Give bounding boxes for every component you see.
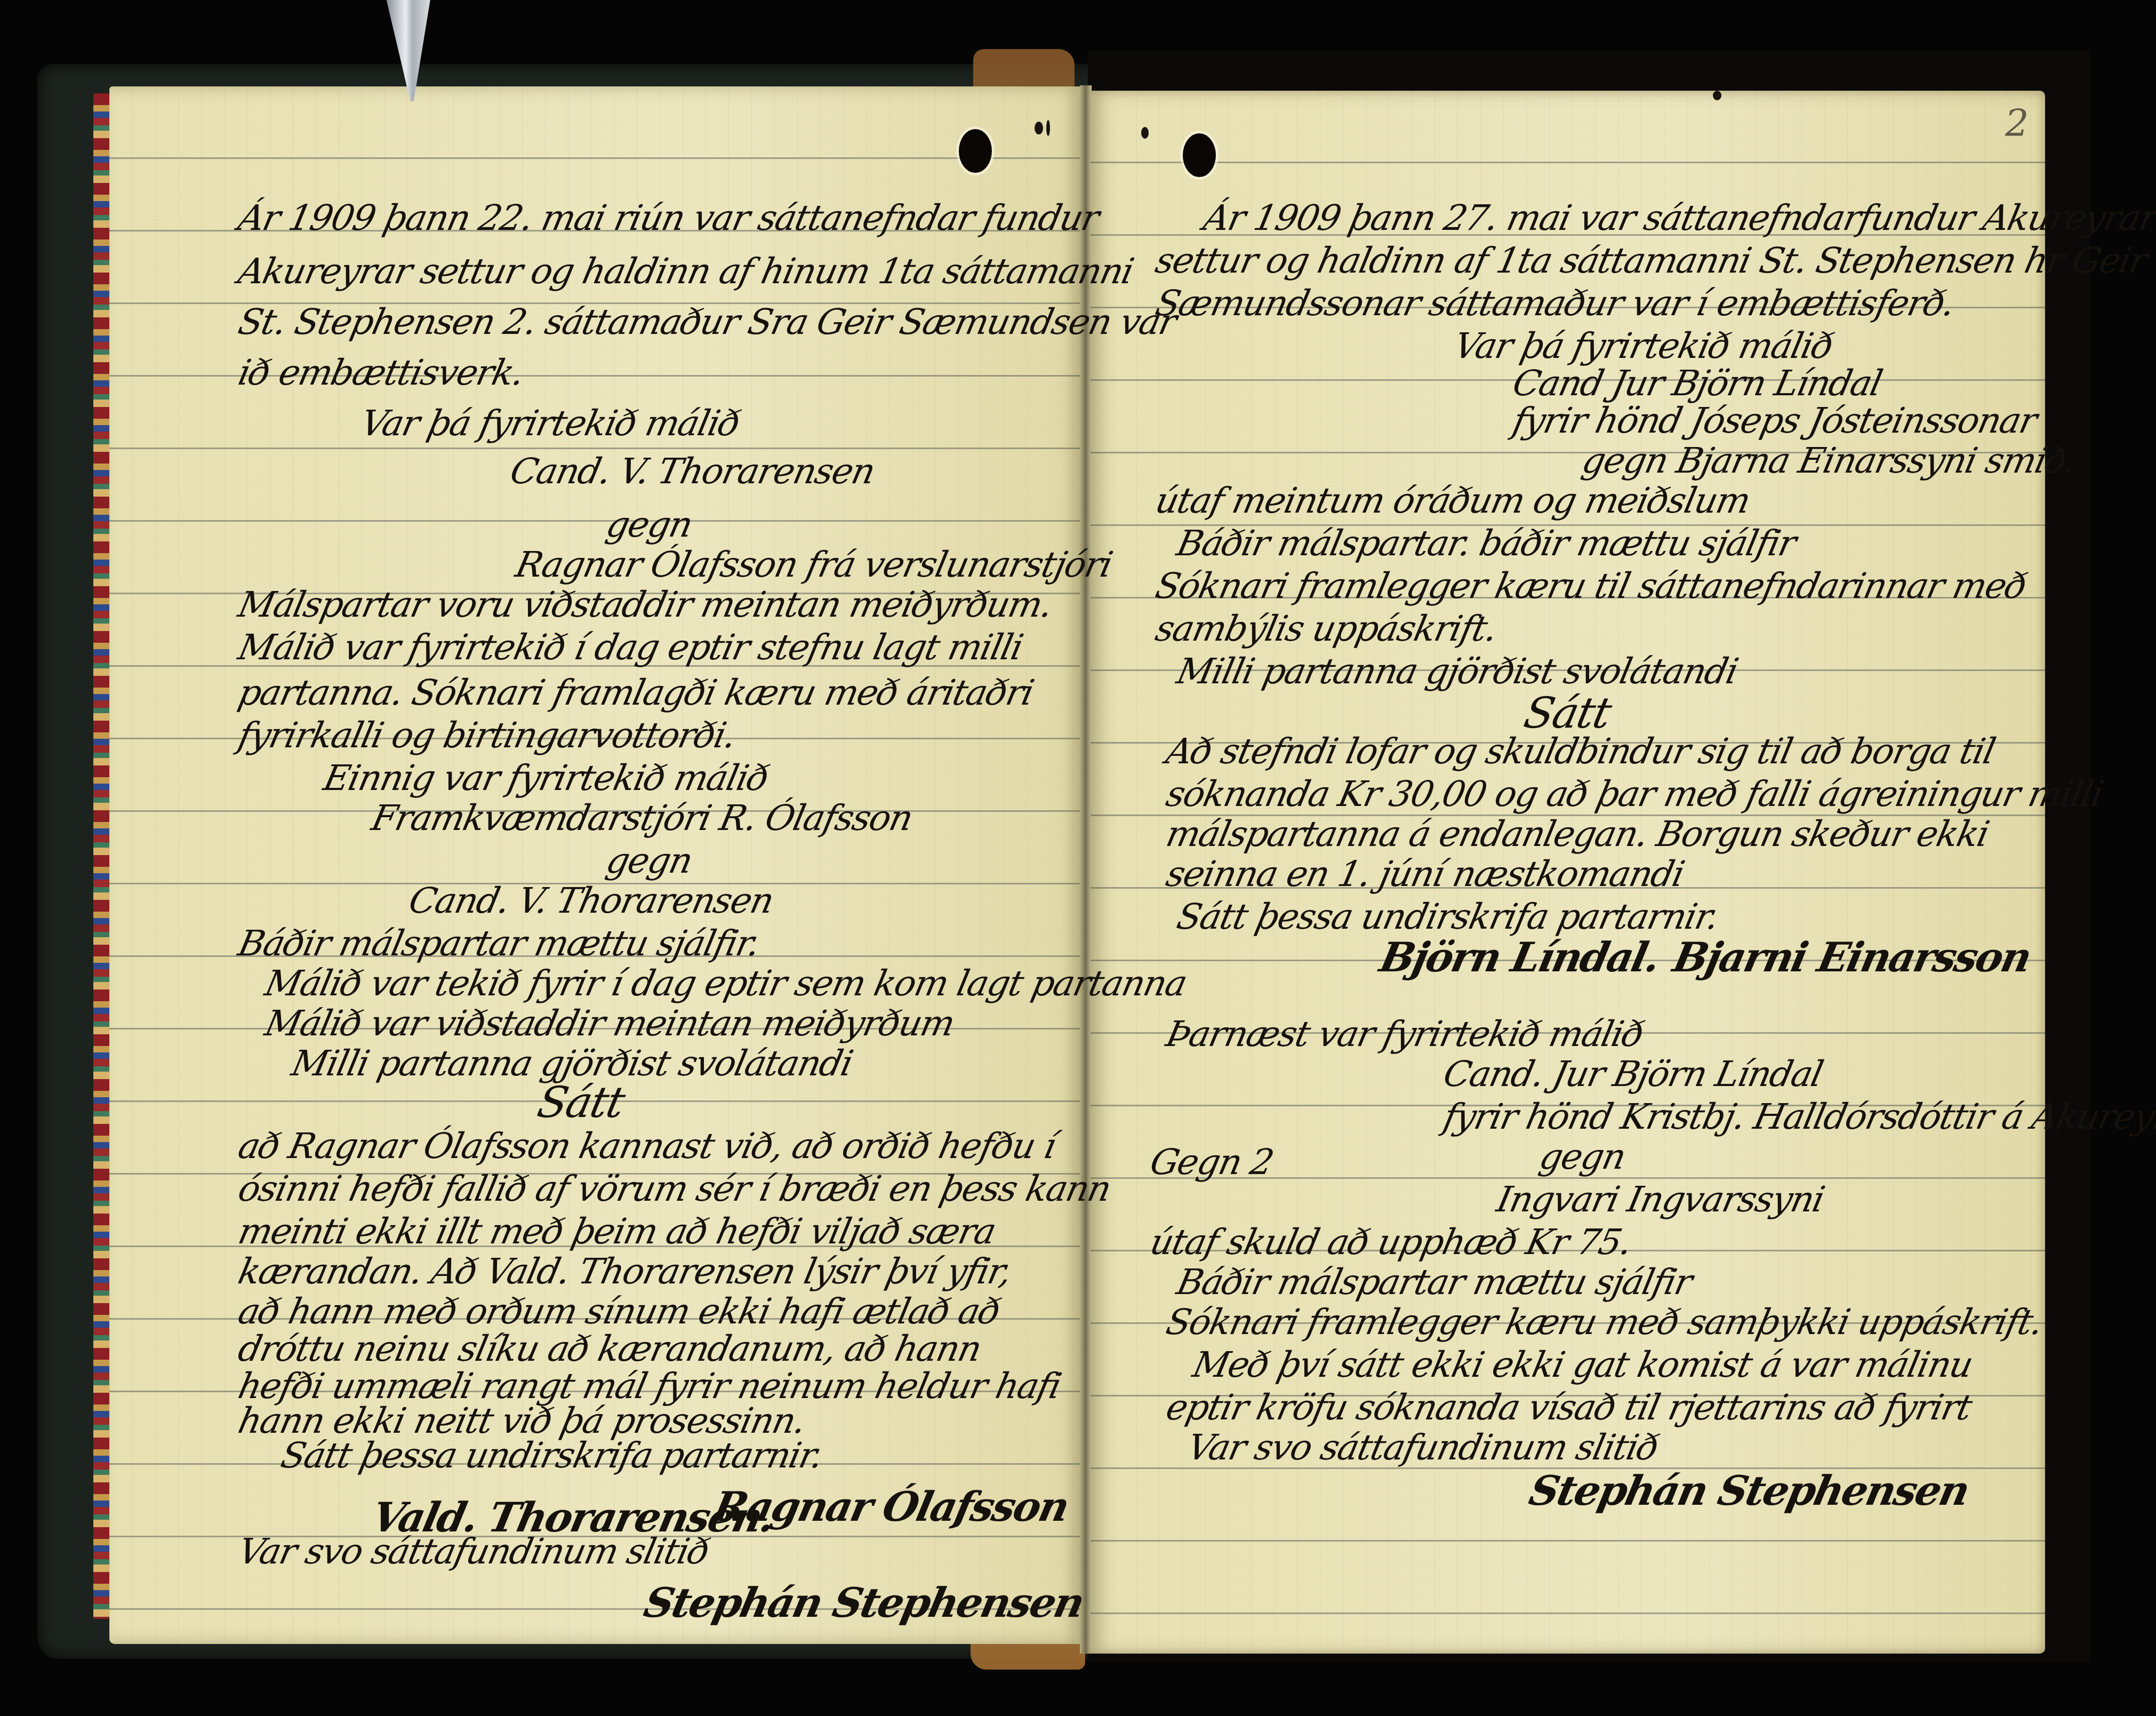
text-line: Málspartar voru viðstaddir meintan meiðy… <box>235 584 1056 625</box>
text-line: Sátt þessa undirskrifa partarnir. <box>1173 896 1722 937</box>
text-line: Var þá fyrirtekið málið <box>1450 325 1837 366</box>
text-line: Ingvari Ingvarssyni <box>1493 1179 1828 1220</box>
text-line: meinti ekki illt með þeim að hefði vilja… <box>235 1211 999 1252</box>
text-line: Ragnar Ólafsson frá verslunarstjóri <box>512 544 1116 585</box>
text-line: ið embættisverk. <box>235 352 527 393</box>
text-line: ósinni hefði fallið af vörum sér í bræði… <box>235 1168 1114 1209</box>
text-line: Sæmundssonar sáttamaður var í embættisfe… <box>1152 283 1958 324</box>
ink-blot <box>1141 127 1149 139</box>
text-line: Var svo sáttafundinum slitið <box>235 1531 712 1572</box>
text-line: kærandan. Að Vald. Thorarensen lýsir því… <box>235 1251 1015 1292</box>
text-line: útaf meintum óráðum og meiðslum <box>1152 480 1753 521</box>
text-line: sambýlis uppáskrift. <box>1152 608 1501 649</box>
text-line: seinna en 1. júní næstkomandi <box>1163 853 1687 895</box>
text-line: Cand. V. Thorarensen <box>405 880 777 921</box>
text-line: Var þá fyrirtekið málið <box>357 403 743 444</box>
text-line: fyrir hönd Kristbj. Halldórsdóttir á Aku… <box>1440 1096 2156 1137</box>
signature-lindal: Björn Líndal. <box>1376 933 1663 981</box>
text-line: Ár 1909 þann 22. mai riún var sáttanefnd… <box>235 197 1102 238</box>
text-line: Einnig var fyrirtekið málið <box>320 757 772 799</box>
marbled-edge <box>93 93 109 1619</box>
ink-blot <box>1713 91 1721 100</box>
text-line: gegn Bjarna Einarssyni smið. <box>1578 440 2080 481</box>
text-line: Báðir málspartar mættu sjálfir <box>1173 1262 1695 1303</box>
text-line: Sátt þessa undirskrifa partarnir. <box>277 1435 826 1476</box>
punch-hole-left <box>959 129 992 173</box>
signature-stephensen: Stephán Stephensen <box>1525 1467 1973 1514</box>
text-line: Var svo sáttafundinum slitið <box>1184 1427 1662 1468</box>
text-line: Báðir málspartar mættu sjálfir. <box>235 923 763 964</box>
text-line: gegn <box>603 504 695 545</box>
text-line: málspartanna á endanlegan. Borgun skeður… <box>1163 813 1992 855</box>
text-line: eptir kröfu sóknanda vísað til rjettarin… <box>1163 1387 1975 1428</box>
text-line: gegn <box>603 840 695 881</box>
margin-note: Gegn 2 <box>1147 1142 1277 1183</box>
text-line: fyrirkalli og birtingarvottorði. <box>235 715 739 756</box>
text-line: Ár 1909 þann 27. mai var sáttanefndarfun… <box>1200 197 2156 238</box>
signature-einarsson: Bjarni Einarsson <box>1669 933 2034 981</box>
text-line: útaf skuld að upphæð Kr 75. <box>1147 1222 1635 1263</box>
text-line: Málið var fyrirtekið í dag eptir stefnu … <box>235 627 1026 668</box>
torn-spine-top <box>973 49 1075 86</box>
text-line: Báðir málspartar. báðir mættu sjálfir <box>1173 523 1799 564</box>
text-line: St. Stephensen 2. sáttamaður Sra Geir Sæ… <box>235 301 1180 342</box>
text-line: Akureyrar settur og haldinn af hinum 1ta… <box>235 251 1137 292</box>
text-line: að hann með orðum sínum ekki hafi ætlað … <box>235 1291 1004 1332</box>
text-line: Málið var tekið fyrir í dag eptir sem ko… <box>261 963 1190 1004</box>
text-line: Sóknari framlegger kæru með samþykki upp… <box>1163 1302 2046 1343</box>
text-line: Málið var viðstaddir meintan meiðyrðum <box>261 1003 958 1044</box>
text-line: fyrir hönd Jóseps Jósteinssonar <box>1509 400 2040 441</box>
text-line: að Ragnar Ólafsson kannast við, að orðið… <box>235 1126 1059 1167</box>
text-line: Sóknari framlegger kæru til sáttanefndar… <box>1152 565 2030 606</box>
text-line: Cand. Jur Björn Líndal <box>1440 1053 1826 1095</box>
text-line: settur og haldinn af 1ta sáttamanni St. … <box>1152 240 2150 281</box>
page-number: 2 <box>2005 101 2029 145</box>
text-line: Þarnæst var fyrirtekið málið <box>1163 1013 1647 1055</box>
ink-blot <box>1035 122 1043 134</box>
text-line: Með því sátt ekki ekki gat komist á var … <box>1189 1344 1976 1385</box>
section-heading: Sátt <box>533 1078 629 1127</box>
text-line: Að stefndi lofar og skuldbindur sig til … <box>1163 731 1998 772</box>
signature-stephensen: Stephán Stephensen <box>640 1579 1087 1626</box>
text-line: Milli partanna gjörðist svolátandi <box>1173 651 1741 692</box>
ink-blot <box>1046 120 1050 136</box>
text-line: Cand Jur Björn Líndal <box>1509 363 1885 404</box>
text-line: dróttu neinu slíku að kærandanum, að han… <box>235 1328 984 1369</box>
text-line: Cand. V. Thorarensen <box>507 451 878 492</box>
punch-hole-right <box>1183 133 1216 177</box>
text-line: gegn <box>1536 1136 1629 1177</box>
text-line: partanna. Sóknari framlagði kæru með ári… <box>235 672 1037 713</box>
signature-olafsson: Ragnar Ólafsson <box>709 1483 1072 1530</box>
text-line: Framkvæmdarstjóri R. Ólafsson <box>368 797 916 839</box>
text-line: sóknanda Kr 30,00 og að þar með falli ág… <box>1163 773 2106 815</box>
